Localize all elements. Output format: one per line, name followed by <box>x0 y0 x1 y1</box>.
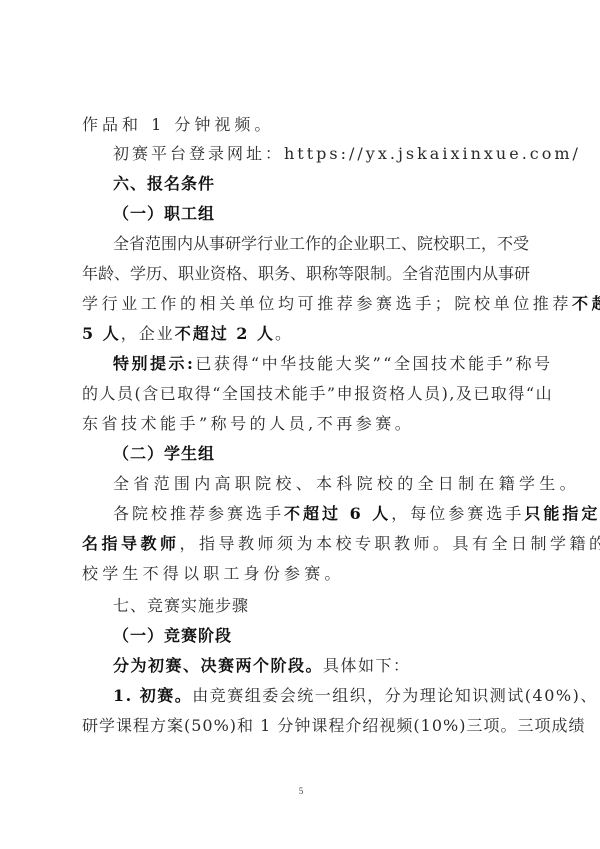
paragraph-line: 作品和 1 分钟视频。 <box>82 114 523 136</box>
emphasis-text: 5 人 <box>82 324 121 343</box>
special-note-line: 特别提示:已获得“中华技能大奖”“全国技术能手”称号 <box>113 353 523 375</box>
text: 全省范围内从事研学行业工作的企业职工、院校职工，不受 <box>113 234 529 253</box>
text: ，企业 <box>121 324 175 343</box>
paragraph-line: 名指导教师，指导教师须为本校专职教师。具有全日制学籍的在 <box>82 533 523 555</box>
emphasis-text: 不超过 2 人 <box>175 324 275 343</box>
text: 各院校推荐参赛选手 <box>113 504 284 523</box>
url-line: 初赛平台登录网址：https://yx.jskaixinxue.com/ <box>113 143 523 165</box>
section-heading-6: 六、报名条件 <box>113 173 523 195</box>
emphasis-text: 不超过 <box>572 294 600 313</box>
text: 年龄、学历、职业资格、职务、职称等限制。全省范围内从事研 <box>82 264 530 283</box>
paragraph-line: 全省范围内高职院校、本科院校的全日制在籍学生。 <box>113 473 523 495</box>
paragraph-line: 各院校推荐参赛选手不超过 6 人，每位参赛选手只能指定 1 <box>113 503 523 525</box>
text: 具体如下： <box>323 656 411 675</box>
section-heading-7: 七、竞赛实施步骤 <box>113 595 523 617</box>
paragraph-line: 学行业工作的相关单位均可推荐参赛选手；院校单位推荐不超过 <box>82 293 523 315</box>
emphasis-text: 1. 初赛。 <box>113 686 192 705</box>
page-number: 5 <box>296 786 306 796</box>
text: ，指导教师须为本校专职教师。具有全日制学籍的在 <box>180 534 600 553</box>
paragraph-line: 研学课程方案(50%)和 1 分钟课程介绍视频(10%)三项。三项成绩 <box>82 715 523 737</box>
heading-text: （二）学生组 <box>113 444 215 463</box>
paragraph-line: 的人员(含已取得“全国技术能手”申报资格人员),及已取得“山 <box>82 383 523 405</box>
document-page: 作品和 1 分钟视频。 初赛平台登录网址：https://yx.jskaixin… <box>0 0 600 849</box>
text: ，每位参赛选手 <box>391 504 524 523</box>
text: 作品和 1 分钟视频。 <box>82 115 274 134</box>
paragraph-line: 东省技术能手”称号的人员,不再参赛。 <box>82 413 523 435</box>
platform-url: 初赛平台登录网址：https://yx.jskaixinxue.com/ <box>113 144 581 163</box>
text: 研学课程方案(50%)和 1 分钟课程介绍视频(10%)三项。三项成绩 <box>82 716 585 735</box>
note-label: 特别提示: <box>113 354 195 373</box>
paragraph-line: 分为初赛、决赛两个阶段。具体如下： <box>113 655 523 677</box>
paragraph-line: 5 人，企业不超过 2 人。 <box>82 323 523 345</box>
text: 东省技术能手”称号的人员,不再参赛。 <box>82 414 414 433</box>
paragraph-line: 全省范围内从事研学行业工作的企业职工、院校职工，不受 <box>113 233 523 255</box>
text: 全省范围内高职院校、本科院校的全日制在籍学生。 <box>113 474 580 493</box>
text: 已获得“中华技能大奖”“全国技术能手”称号 <box>195 354 552 373</box>
emphasis-text: 分为初赛、决赛两个阶段。 <box>113 656 323 675</box>
subheading-student-group: （二）学生组 <box>113 443 554 465</box>
text: 由竞赛组委会统一组织，分为理论知识测试(40%)、 <box>192 686 598 705</box>
paragraph-line: 校学生不得以职工身份参赛。 <box>82 563 523 585</box>
paragraph-line: 1. 初赛。由竞赛组委会统一组织，分为理论知识测试(40%)、 <box>113 685 523 707</box>
subheading-staff-group: （一）职工组 <box>113 203 554 225</box>
heading-text: （一）竞赛阶段 <box>113 626 232 645</box>
heading-text: 六、报名条件 <box>113 174 215 193</box>
paragraph-line: 年龄、学历、职业资格、职务、职称等限制。全省范围内从事研 <box>82 263 523 285</box>
text: 的人员(含已取得“全国技术能手”申报资格人员),及已取得“山 <box>82 384 553 403</box>
heading-text: 七、竞赛实施步骤 <box>113 596 249 615</box>
heading-text: （一）职工组 <box>113 204 215 223</box>
subheading-competition-stage: （一）竞赛阶段 <box>113 625 554 647</box>
emphasis-text: 只能指定 1 <box>524 504 600 523</box>
text: 。 <box>275 324 293 343</box>
emphasis-text: 名指导教师 <box>82 534 180 553</box>
text: 校学生不得以职工身份参赛。 <box>82 564 345 583</box>
emphasis-text: 不超过 6 人 <box>284 504 391 523</box>
text: 学行业工作的相关单位均可推荐参赛选手；院校单位推荐 <box>82 294 572 313</box>
